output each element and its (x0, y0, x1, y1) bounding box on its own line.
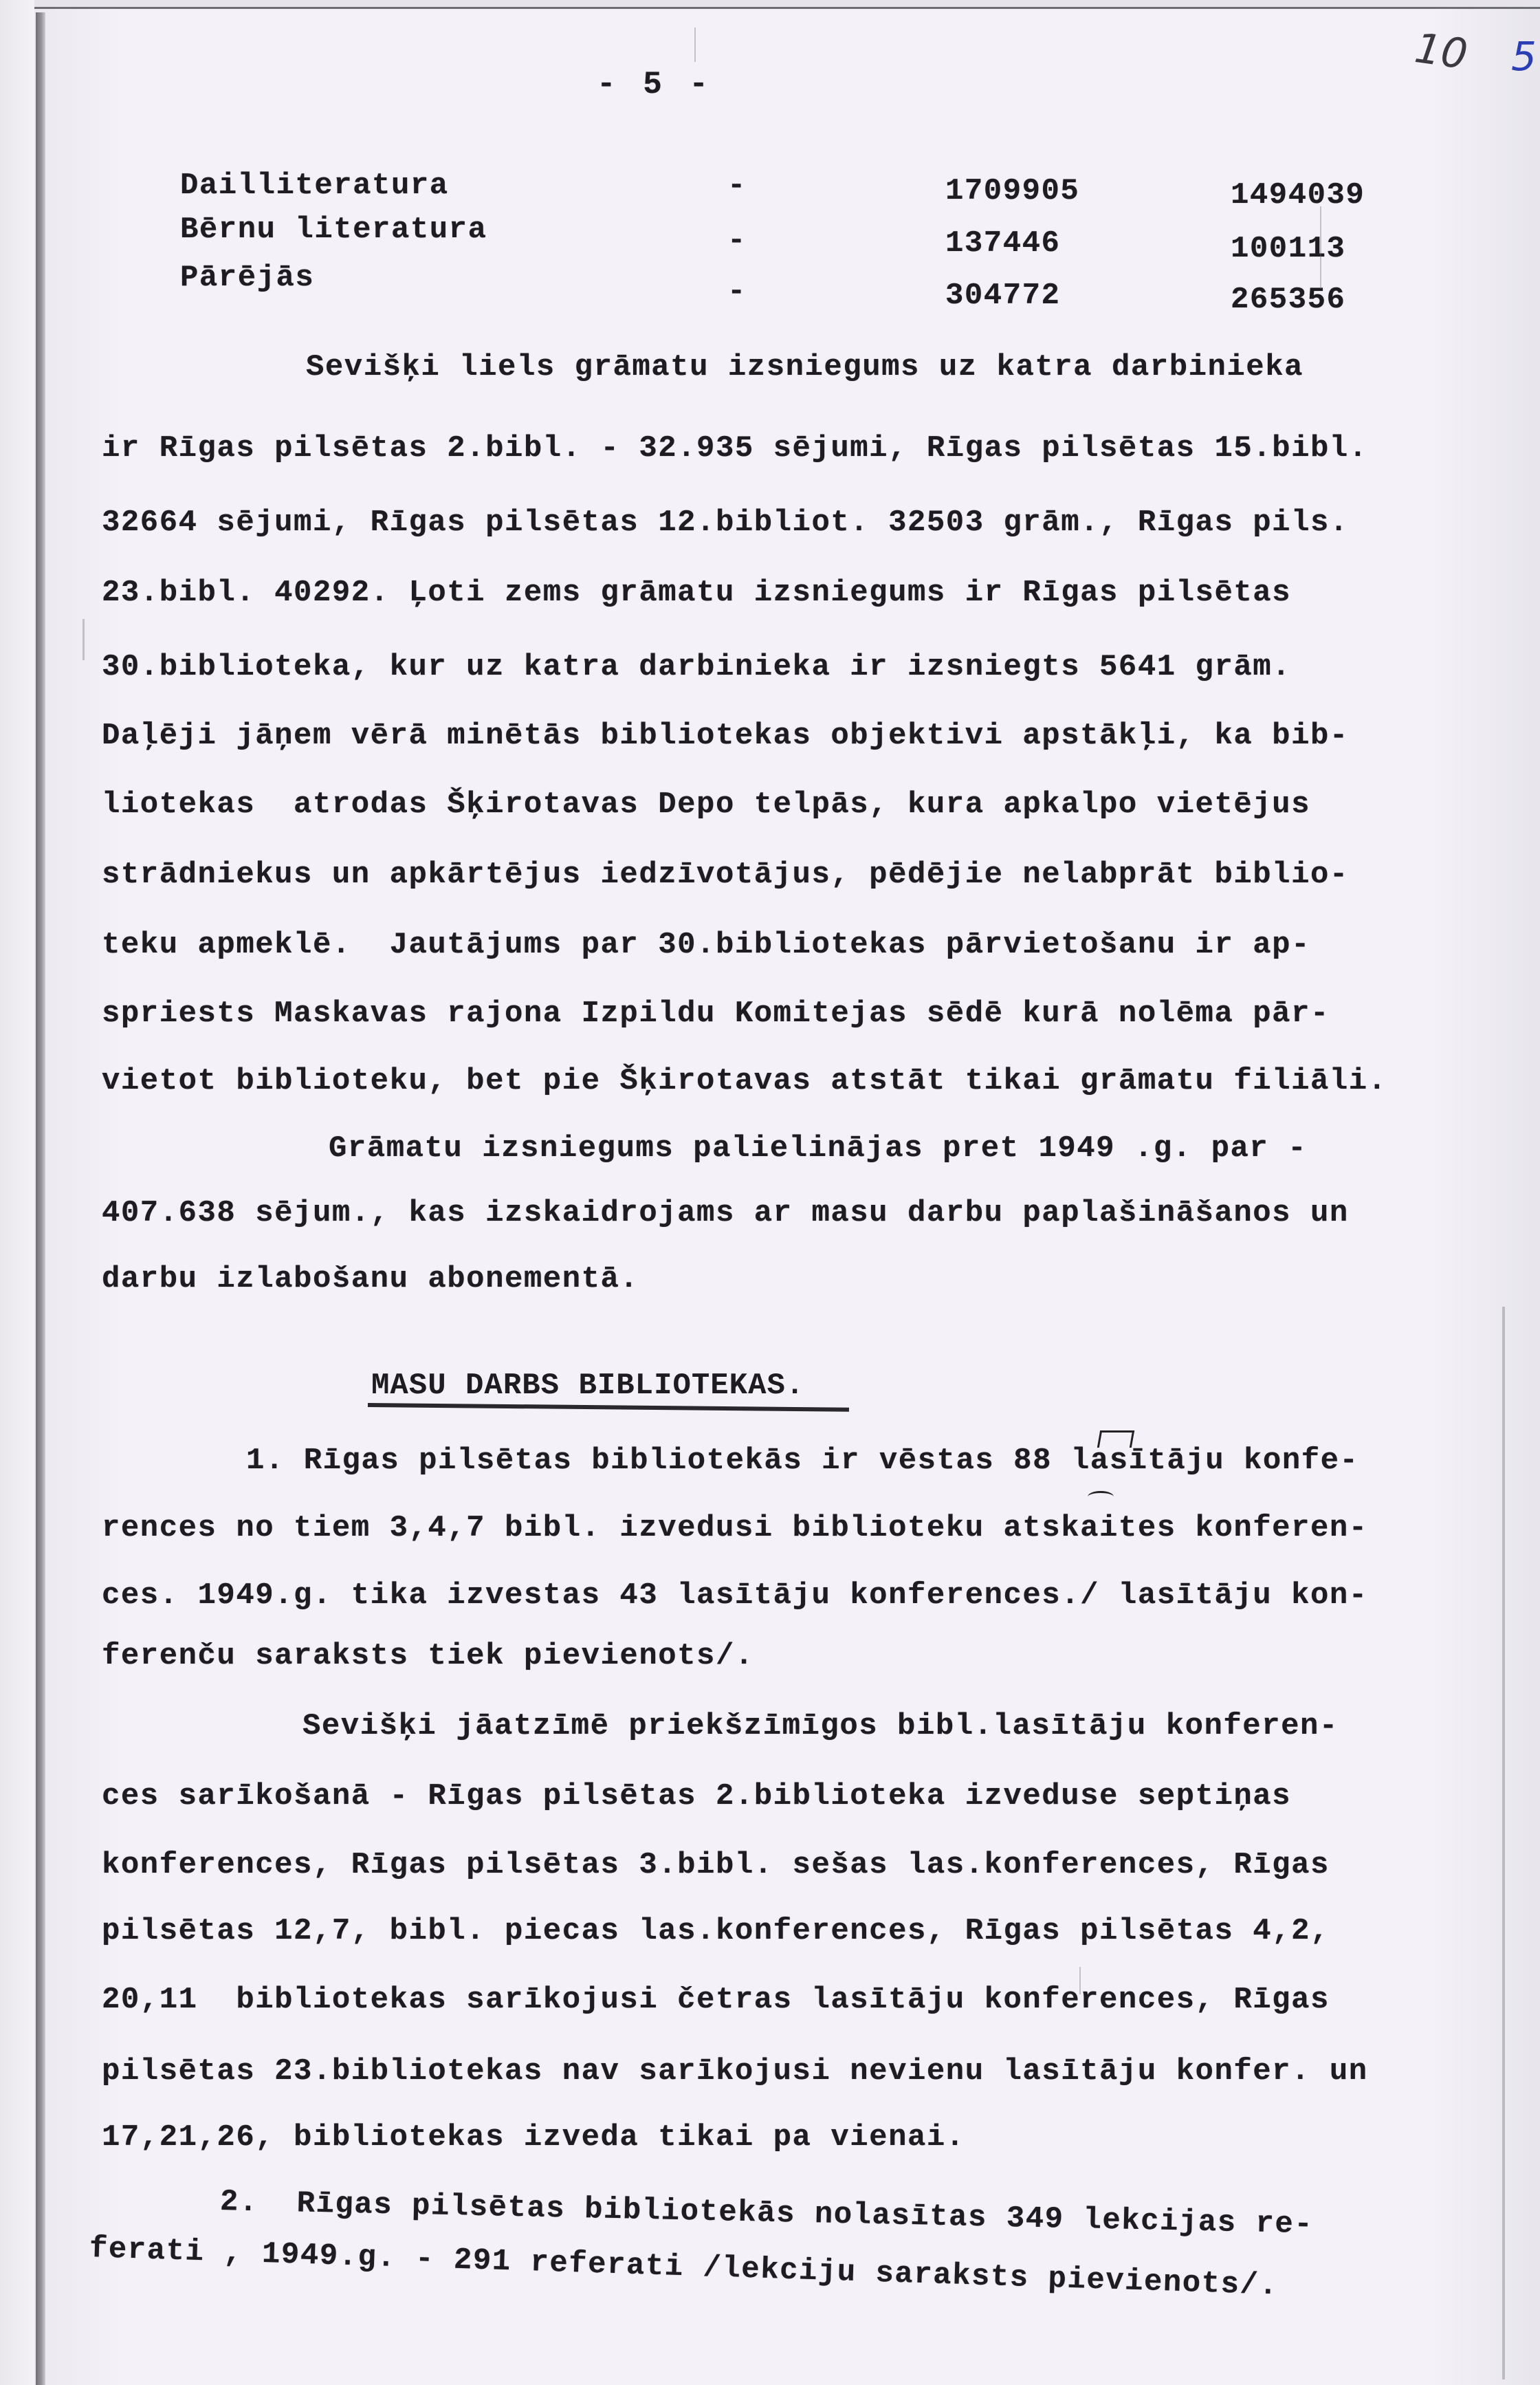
text-line: 30.biblioteka, kur uz katra darbinieka i… (102, 652, 1291, 682)
text-line: 1. Rīgas pilsētas bibliotekās ir vēstas … (246, 1446, 1358, 1476)
page-right-edge-line (1502, 1307, 1505, 2379)
row-label: Dailliteratura (180, 171, 449, 201)
text-line: pilsētas 12,7, bibl. piecas las.konferen… (102, 1916, 1330, 1946)
row-value-2: 265356 (1231, 285, 1345, 315)
scanned-page: 10 5 - 5 - Dailliteratura - 1709905 1494… (0, 0, 1540, 2385)
text-line: 407.638 sējum., kas izskaidrojams ar mas… (102, 1198, 1349, 1228)
section-heading: MASU DARBS BIBLIOTEKAS. (371, 1369, 804, 1403)
text-line: ces. 1949.g. tika izvestas 43 lasītāju k… (102, 1580, 1368, 1611)
scan-speck (1079, 1967, 1081, 1994)
text-line: 17,21,26, bibliotekas izveda tikai pa vi… (102, 2122, 965, 2153)
text-line: darbu izlabošanu abonementā. (102, 1264, 639, 1294)
text-line: konferences, Rīgas pilsētas 3.bibl. seša… (102, 1850, 1330, 1880)
row-label: Pārējās (180, 263, 314, 293)
text-line: ferenču saraksts tiek pievienots/. (102, 1641, 754, 1671)
handwritten-ink-number: 5 (1511, 33, 1537, 80)
row-value-1: 137446 (945, 228, 1060, 259)
page-left-edge-line (36, 12, 45, 2385)
row-dash: - (727, 276, 747, 307)
handwritten-pencil-number: 10 (1412, 24, 1471, 79)
row-value-1: 304772 (945, 281, 1060, 311)
scan-left-margin (0, 0, 34, 2385)
text-line: ces sarīkošanā - Rīgas pilsētas 2.biblio… (102, 1781, 1291, 1811)
row-dash: - (727, 171, 747, 201)
handwritten-caret-mark (1088, 1491, 1114, 1503)
page-number: - 5 - (597, 69, 712, 100)
row-dash: - (727, 226, 747, 256)
text-line: 20,11 bibliotekas sarīkojusi četras lasī… (102, 1985, 1330, 2015)
text-line: Daļēji jāņem vērā minētās bibliotekas ob… (102, 721, 1349, 751)
scan-speck (1320, 206, 1321, 289)
row-label: Bērnu literatura (180, 215, 487, 245)
heading-underline (368, 1403, 849, 1412)
text-line: teku apmeklē. Jautājums par 30.bibliotek… (102, 930, 1310, 960)
row-value-2: 1494039 (1231, 180, 1365, 210)
scan-speck (694, 28, 696, 62)
text-line: vietot biblioteku, bet pie Šķirotavas at… (102, 1066, 1387, 1096)
text-line: Grāmatu izsniegums palielinājas pret 194… (329, 1133, 1307, 1164)
text-line: ferati , 1949.g. - 291 referati /lekciju… (89, 2234, 1279, 2301)
text-line: spriests Maskavas rajona Izpildu Komitej… (102, 999, 1330, 1029)
scan-speck (82, 619, 85, 660)
row-value-1: 1709905 (945, 176, 1079, 206)
text-line: strādniekus un apkārtējus iedzīvotājus, … (102, 860, 1349, 890)
text-line: Sevišķi liels grāmatu izsniegums uz katr… (306, 352, 1303, 382)
text-line: 2. Rīgas pilsētas bibliotekās nolasītas … (220, 2187, 1314, 2240)
row-value-2: 100113 (1231, 234, 1345, 264)
scan-top-edge (0, 0, 1540, 9)
text-line: 23.bibl. 40292. Ļoti zems grāmatu izsnie… (102, 578, 1291, 608)
text-line: liotekas atrodas Šķirotavas Depo telpās,… (102, 789, 1310, 820)
text-line: pilsētas 23.bibliotekas nav sarīkojusi n… (102, 2056, 1368, 2087)
text-line: 32664 sējumi, Rīgas pilsētas 12.bibliot.… (102, 508, 1349, 538)
handwritten-correction-mark (1097, 1430, 1134, 1448)
text-line: Sevišķi jāatzīmē priekšzīmīgos bibl.lasī… (302, 1711, 1339, 1741)
text-line: ir Rīgas pilsētas 2.bibl. - 32.935 sējum… (102, 433, 1368, 464)
text-line: rences no tiem 3,4,7 bibl. izvedusi bibl… (102, 1513, 1368, 1543)
